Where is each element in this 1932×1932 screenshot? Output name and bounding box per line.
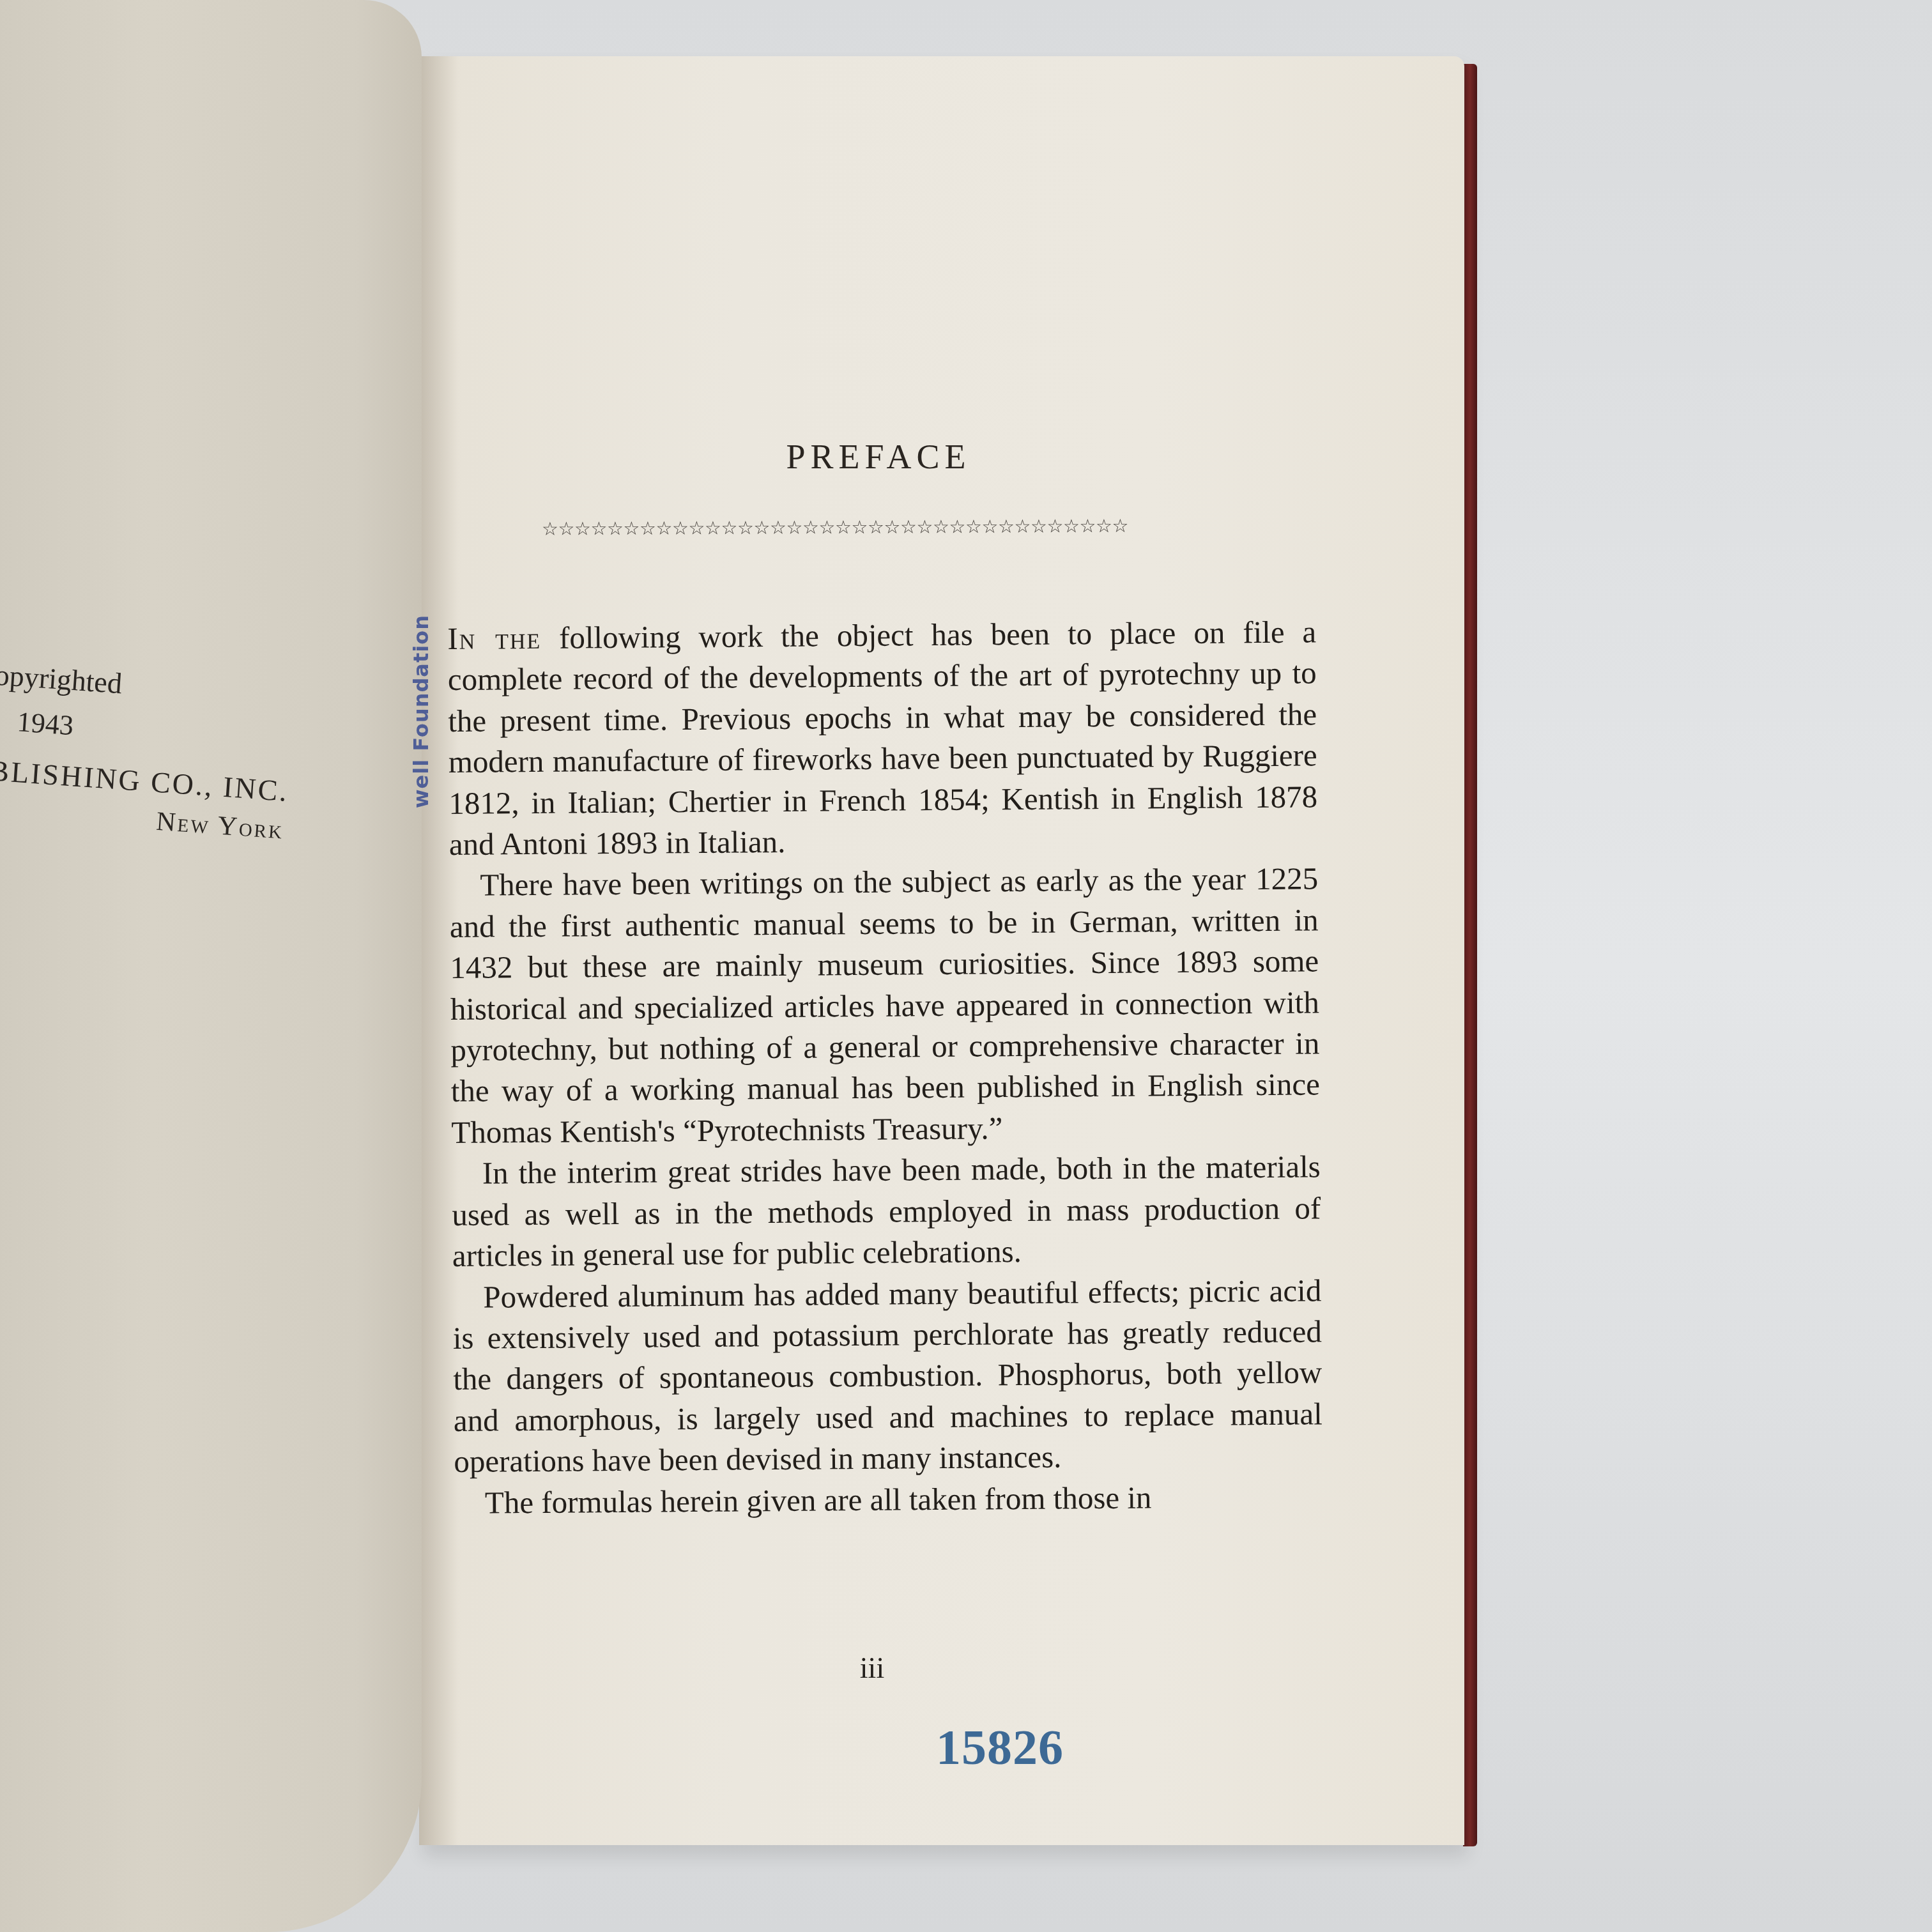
paragraph-3: In the interim great strides have been m…	[452, 1147, 1321, 1277]
paragraph-1: In the following work the object has bee…	[447, 611, 1318, 865]
copyright-block: opyrighted 1943 BLISHING CO., INC. New Y…	[0, 658, 306, 896]
left-page	[0, 0, 422, 1932]
paragraph-2: There have been writings on the subject …	[449, 859, 1320, 1154]
preface-body: In the following work the object has bee…	[447, 611, 1323, 1524]
publisher-name: BLISHING CO., INC.	[0, 753, 290, 808]
star-ornament-rule: ☆☆☆☆☆☆☆☆☆☆☆☆☆☆☆☆☆☆☆☆☆☆☆☆☆☆☆☆☆☆☆☆☆☆☆☆	[542, 514, 1211, 539]
copyright-year: 1943	[16, 705, 74, 742]
paragraph-text: following work the object has been to pl…	[448, 614, 1318, 862]
paragraph-lead-smallcaps: In the	[447, 620, 541, 656]
book-cover-edge	[1463, 64, 1477, 1846]
page-title: PREFACE	[773, 437, 984, 477]
paragraph-4: Powdered aluminum has added many beautif…	[452, 1270, 1322, 1483]
accession-number-stamp: 15826	[907, 1719, 1092, 1776]
paragraph-5: The formulas herein given are all taken …	[454, 1476, 1323, 1524]
library-stamp-vertical: well Foundation	[409, 476, 434, 808]
publisher-city: New York	[155, 806, 285, 846]
page-number: iii	[850, 1651, 894, 1685]
